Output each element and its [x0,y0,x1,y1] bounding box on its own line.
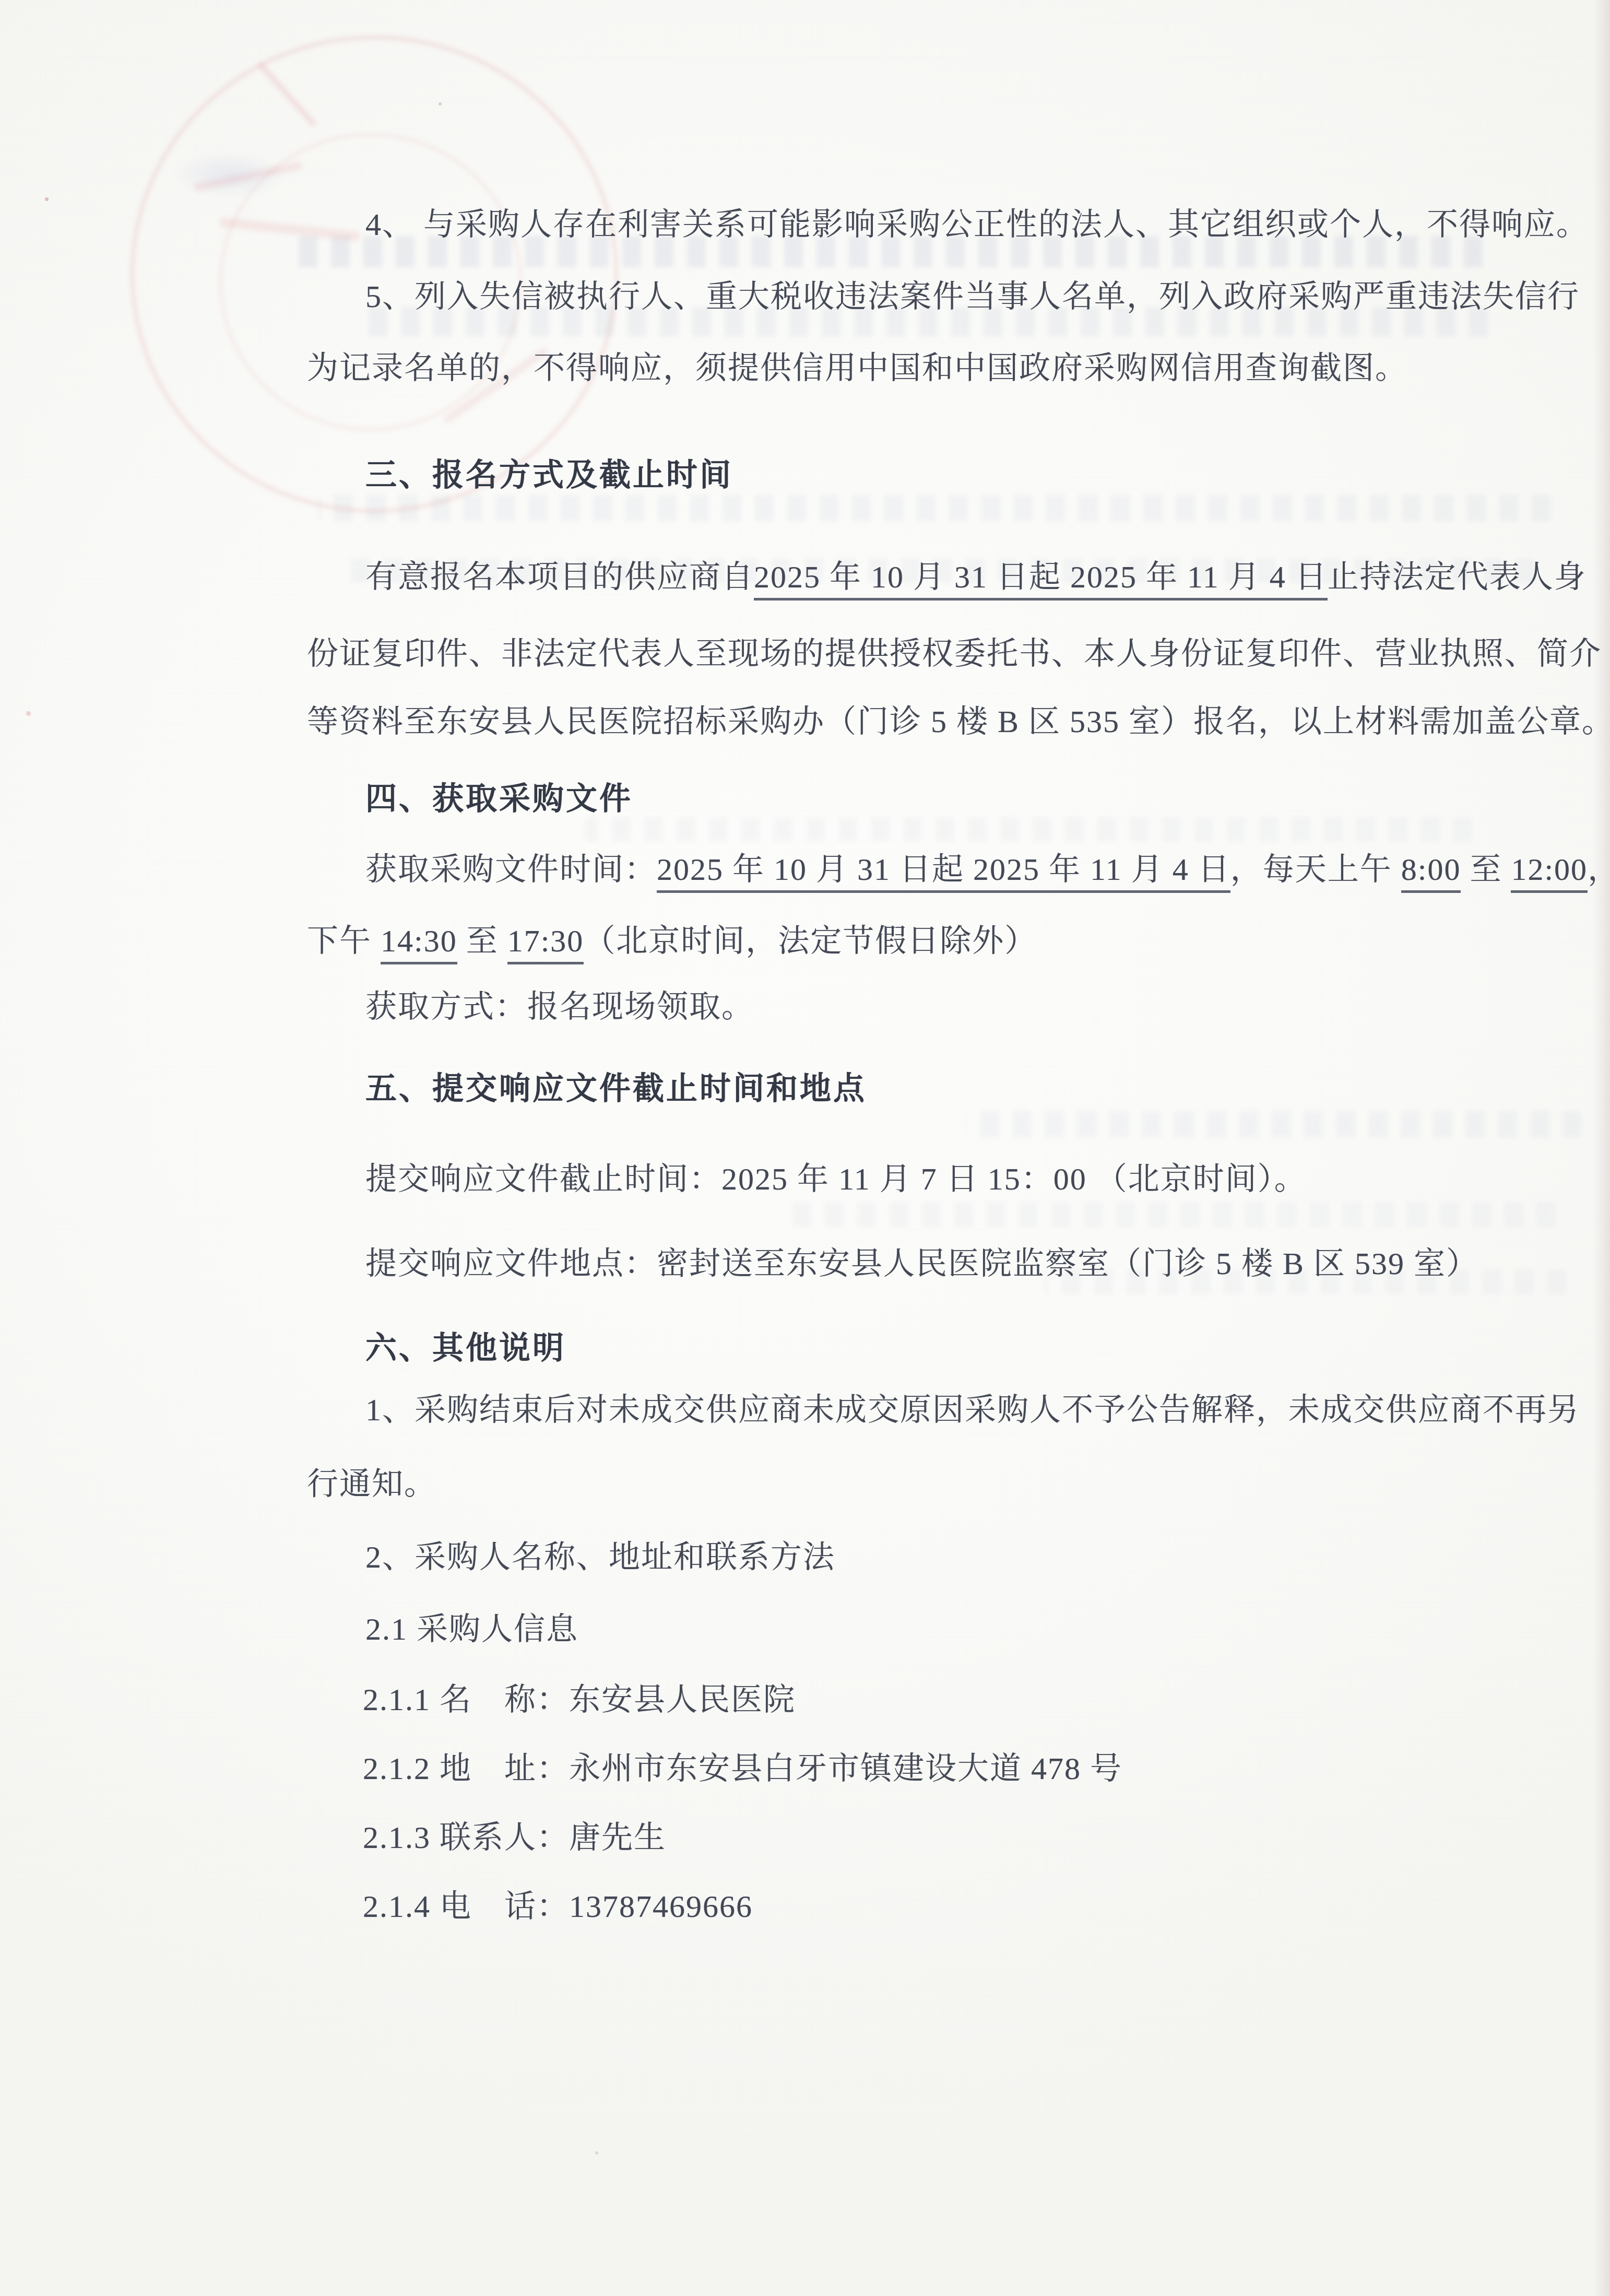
scan-speck [45,197,49,201]
text-segment: 等资料至东安县人民医院招标采购办（门诊 5 楼 B 区 535 室）报名，以上材… [307,704,1610,739]
underlined-text: 2025 年 10 月 31 日起 2025 年 11 月 4 日 [754,560,1328,601]
text-segment: 2.1.3 联系人：唐先生 [363,1820,666,1855]
text-segment: 五、提交响应文件截止时间和地点 [365,1071,867,1106]
doc-line: 4、 与采购人存在利害关系可能影响采购公正性的法人、其它组织或个人，不得响应。 [365,209,1589,240]
text-segment: 2.1 采购人信息 [365,1612,578,1646]
underlined-text: 8:00 [1401,852,1461,893]
bleed-through-line [966,1111,1582,1137]
doc-line: 2.1 采购人信息 [365,1614,578,1645]
text-segment: 有意报名本项目的供应商自 [365,560,754,594]
text-segment: 2.1.2 地 址：永州市东安县白牙市镇建设大道 478 号 [363,1751,1122,1786]
text-segment: 提交响应文件地点：密封送至东安县人民医院监察室（门诊 5 楼 B 区 539 室… [365,1246,1478,1281]
underlined-text: 12:00 [1511,852,1588,893]
section-heading: 三、报名方式及截止时间 [365,460,733,491]
text-segment: 行通知。 [307,1467,436,1501]
text-segment: 4、 与采购人存在利害关系可能影响采购公正性的法人、其它组织或个人，不得响应。 [365,207,1589,242]
doc-line: 2.1.4 电 话：13787469666 [363,1891,753,1922]
doc-line: 等资料至东安县人民医院招标采购办（门诊 5 楼 B 区 535 室）报名，以上材… [307,706,1610,737]
bleed-through-line [783,1202,1556,1227]
text-segment: 2.1.1 名 称：东安县人民医院 [363,1682,796,1717]
section-heading: 五、提交响应文件截止时间和地点 [365,1073,867,1104]
underlined-text: 17:30 [507,924,584,964]
doc-line: 提交响应文件地点：密封送至东安县人民医院监察室（门诊 5 楼 B 区 539 室… [365,1248,1478,1279]
text-segment: 2、采购人名称、地址和联系方法 [365,1540,835,1574]
text-segment: 提交响应文件截止时间：2025 年 11 月 7 日 15：00 （北京时间）。 [365,1162,1307,1196]
text-segment: 份证复印件、非法定代表人至现场的提供授权委托书、本人身份证复印件、营业执照、简介 [307,637,1602,671]
text-segment: 六、其他说明 [365,1330,566,1365]
doc-line: 2.1.1 名 称：东安县人民医院 [363,1684,796,1715]
text-segment: ，每天上午 [1230,852,1401,887]
scan-edge-shadow [1593,0,1610,2296]
doc-line: 获取采购文件时间：2025 年 10 月 31 日起 2025 年 11 月 4… [365,854,1610,885]
doc-line: 有意报名本项目的供应商自2025 年 10 月 31 日起 2025 年 11 … [365,561,1587,593]
text-segment: 至 [1461,852,1511,887]
text-segment: 5、列入失信被执行人、重大税收违法案件当事人名单，列入政府采购严重违法失信行 [365,279,1580,314]
text-segment: 下午 [307,924,381,958]
text-segment: 至 [457,924,507,958]
section-heading: 四、获取采购文件 [365,783,633,815]
underlined-text: 2025 年 10 月 31 日起 2025 年 11 月 4 日 [657,852,1230,893]
doc-line: 下午 14:30 至 17:30（北京时间，法定节假日除外） [307,925,1037,957]
text-segment: 2.1.4 电 话：13787469666 [363,1889,753,1924]
scan-speck [439,102,442,105]
doc-line: 2.1.2 地 址：永州市东安县白牙市镇建设大道 478 号 [363,1753,1122,1784]
bleed-through-line [585,817,1472,841]
doc-line: 为记录名单的，不得响应，须提供信用中国和中国政府采购网信用查询截图。 [307,352,1407,384]
doc-line: 提交响应文件截止时间：2025 年 11 月 7 日 15：00 （北京时间）。 [365,1163,1307,1195]
doc-line: 行通知。 [307,1468,436,1500]
text-segment: 三、报名方式及截止时间 [365,457,733,492]
text-segment: 获取采购文件时间： [365,852,657,887]
text-segment: 四、获取采购文件 [365,781,633,816]
scan-speck [26,711,31,716]
text-segment: （北京时间，法定节假日除外） [584,924,1037,958]
doc-line: 获取方式：报名现场领取。 [365,991,754,1022]
bleed-through-line [318,495,1550,521]
scan-speck [595,2151,598,2154]
doc-line: 1、采购结束后对未成交供应商未成交原因采购人不予公告解释，未成交供应商不再另 [365,1394,1580,1426]
text-segment: 止持法定代表人身 [1328,560,1587,594]
doc-line: 2.1.3 联系人：唐先生 [363,1822,666,1853]
text-segment: 获取方式：报名现场领取。 [365,990,754,1024]
doc-line: 5、列入失信被执行人、重大税收违法案件当事人名单，列入政府采购严重违法失信行 [365,281,1580,312]
text-segment: 为记录名单的，不得响应，须提供信用中国和中国政府采购网信用查询截图。 [307,351,1407,385]
text-segment: 1、采购结束后对未成交供应商未成交原因采购人不予公告解释，未成交供应商不再另 [365,1393,1580,1427]
scanned-document-page: 4、 与采购人存在利害关系可能影响采购公正性的法人、其它组织或个人，不得响应。5… [0,0,1610,2296]
underlined-text: 14:30 [381,924,457,964]
doc-line: 2、采购人名称、地址和联系方法 [365,1541,835,1573]
doc-line: 份证复印件、非法定代表人至现场的提供授权委托书、本人身份证复印件、营业执照、简介 [307,638,1602,669]
ink-smudge-artifact [172,151,287,198]
section-heading: 六、其他说明 [365,1333,566,1364]
